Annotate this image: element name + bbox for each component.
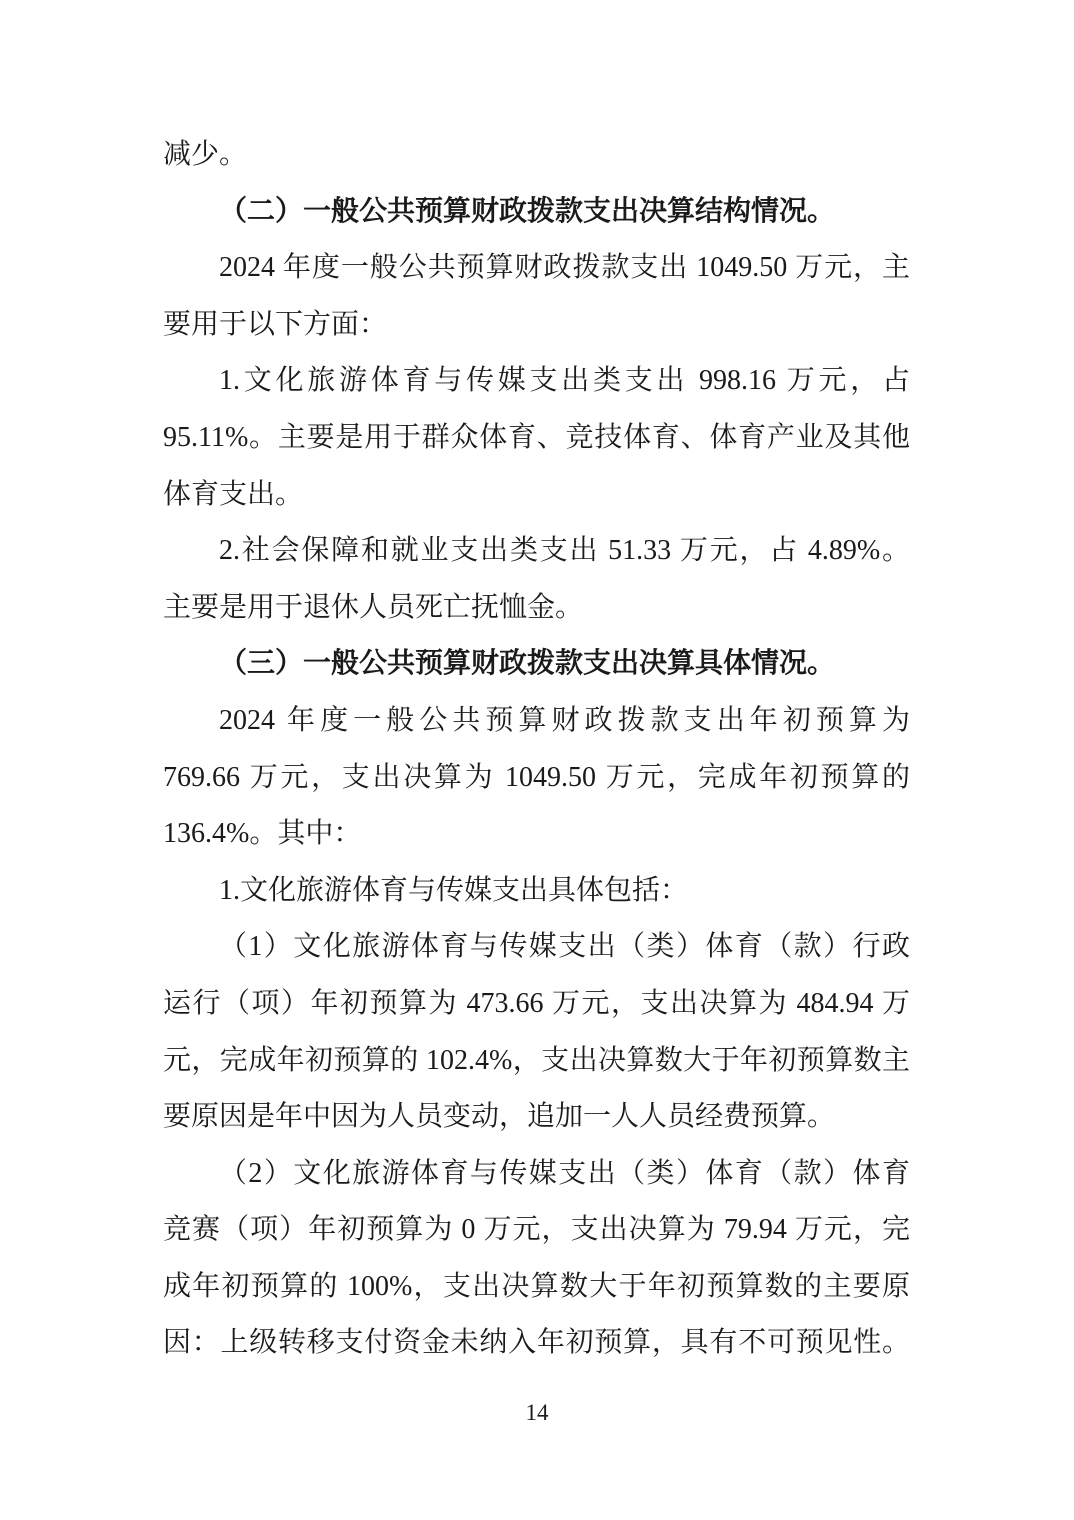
text-line: 因：上级转移支付资金未纳入年初预算，具有不可预见性。 — [163, 1315, 910, 1372]
text-line: 运行（项）年初预算为 473.66 万元，支出决算为 484.94 万 — [163, 976, 910, 1033]
text-line: 元，完成年初预算的 102.4%，支出决算数大于年初预算数主 — [163, 1033, 910, 1090]
document-body: 减少。（二）一般公共预算财政拨款支出决算结构情况。2024 年度一般公共预算财政… — [163, 127, 910, 1372]
text-line: （二）一般公共预算财政拨款支出决算结构情况。 — [163, 184, 910, 241]
text-line: 体育支出。 — [163, 467, 910, 524]
text-line: 要原因是年中因为人员变动，追加一人人员经费预算。 — [163, 1089, 910, 1146]
text-line: （2）文化旅游体育与传媒支出（类）体育（款）体育 — [163, 1146, 910, 1203]
text-line: （1）文化旅游体育与传媒支出（类）体育（款）行政 — [163, 919, 910, 976]
text-line: 竞赛（项）年初预算为 0 万元，支出决算为 79.94 万元，完 — [163, 1202, 910, 1259]
text-line: 95.11%。主要是用于群众体育、竞技体育、体育产业及其他 — [163, 410, 910, 467]
text-line: 2.社会保障和就业支出类支出 51.33 万元，占 4.89%。 — [163, 523, 910, 580]
text-line: 成年初预算的 100%，支出决算数大于年初预算数的主要原 — [163, 1259, 910, 1316]
text-line: 要用于以下方面： — [163, 297, 910, 354]
document-page: 减少。（二）一般公共预算财政拨款支出决算结构情况。2024 年度一般公共预算财政… — [0, 0, 1074, 1520]
text-line: 减少。 — [163, 127, 910, 184]
text-line: 136.4%。其中： — [163, 806, 910, 863]
text-line: 主要是用于退休人员死亡抚恤金。 — [163, 580, 910, 637]
text-line: （三）一般公共预算财政拨款支出决算具体情况。 — [163, 636, 910, 693]
text-line: 769.66 万元，支出决算为 1049.50 万元，完成年初预算的 — [163, 750, 910, 807]
text-line: 1.文化旅游体育与传媒支出具体包括： — [163, 863, 910, 920]
text-line: 2024 年度一般公共预算财政拨款支出年初预算为 — [163, 693, 910, 750]
text-line: 2024 年度一般公共预算财政拨款支出 1049.50 万元，主 — [163, 240, 910, 297]
text-line: 1.文化旅游体育与传媒支出类支出 998.16 万元，占 — [163, 353, 910, 410]
page-number: 14 — [0, 1400, 1074, 1426]
